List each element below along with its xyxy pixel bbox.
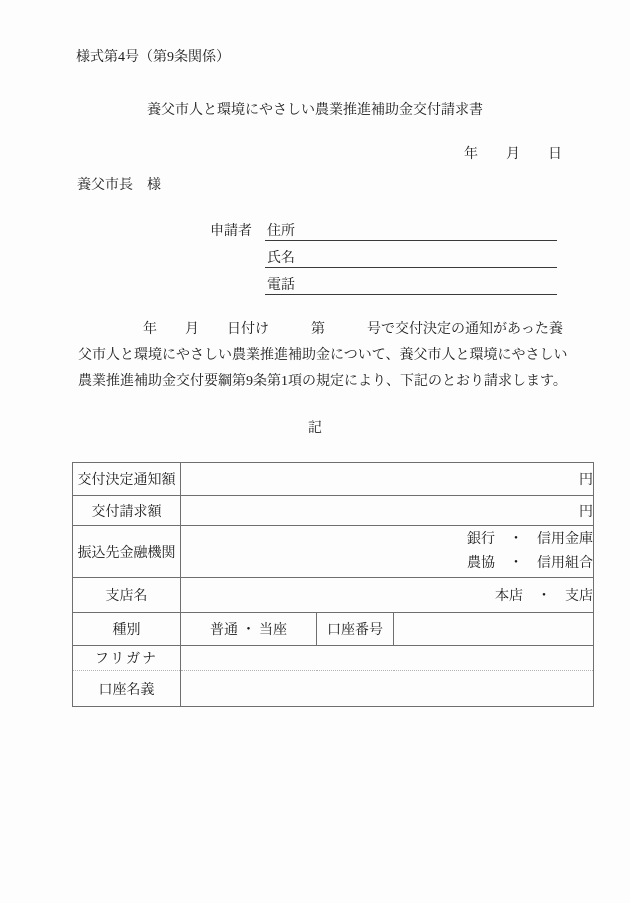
address-blank[interactable]	[295, 223, 557, 240]
notice-amount-unit: 円	[579, 473, 593, 488]
body-line-3: 農業推進補助金交付要綱第9条第1項の規定により、下記のとおり請求します。	[78, 369, 578, 395]
table-row-bank: 振込先金融機関 銀行 ・ 信用金庫 農協 ・ 信用組合	[73, 526, 594, 578]
name-blank[interactable]	[295, 250, 557, 267]
bank-label: 振込先金融機関	[73, 526, 181, 578]
account-type-options[interactable]: 普通 ・ 当座	[181, 613, 317, 646]
name-label: 氏名	[265, 250, 295, 267]
request-amount-unit: 円	[579, 505, 593, 520]
bank-cell[interactable]: 銀行 ・ 信用金庫 農協 ・ 信用組合	[181, 526, 594, 578]
branch-cell[interactable]: 本店 ・ 支店	[181, 578, 594, 613]
notice-amount-cell[interactable]: 円	[181, 463, 594, 496]
phone-blank[interactable]	[295, 277, 557, 294]
bank-options-line2: 農協 ・ 信用組合	[181, 552, 593, 576]
address-field[interactable]: 住所	[265, 223, 557, 241]
notice-amount-label: 交付決定通知額	[73, 463, 181, 496]
holder-label: 口座名義	[73, 671, 181, 707]
applicant-fields: 住所 氏名 電話	[265, 223, 557, 304]
table-row-account-type: 種別 普通 ・ 当座 口座番号	[73, 613, 594, 646]
form-code: 様式第4号（第9条関係）	[76, 46, 230, 66]
bank-options-line1: 銀行 ・ 信用金庫	[181, 528, 593, 552]
phone-field[interactable]: 電話	[265, 277, 557, 295]
table-row-notice-amount: 交付決定通知額 円	[73, 463, 594, 496]
branch-options: 本店 ・ 支店	[495, 589, 593, 604]
request-table: 交付決定通知額 円 交付請求額 円 振込先金融機関 銀行 ・ 信用金庫 農協 ・…	[72, 462, 594, 707]
branch-label: 支店名	[73, 578, 181, 613]
account-no-label: 口座番号	[317, 613, 394, 646]
account-no-blank[interactable]	[394, 613, 594, 646]
date-line: 年 月 日	[464, 143, 562, 163]
holder-blank[interactable]	[181, 671, 594, 707]
section-marker: 記	[0, 417, 630, 437]
furigana-label: フリガナ	[73, 646, 181, 671]
request-amount-label: 交付請求額	[73, 496, 181, 526]
name-field[interactable]: 氏名	[265, 250, 557, 268]
body-line-2: 父市人と環境にやさしい農業推進補助金について、養父市人と環境にやさしい	[78, 343, 578, 369]
account-type-label: 種別	[73, 613, 181, 646]
document-page: 様式第4号（第9条関係） 養父市人と環境にやさしい農業推進補助金交付請求書 年 …	[0, 0, 630, 903]
body-line-1: 年 月 日付け 第 号で交付決定の通知があった養	[78, 317, 578, 343]
document-title: 養父市人と環境にやさしい農業推進補助金交付請求書	[0, 99, 630, 119]
table-row-request-amount: 交付請求額 円	[73, 496, 594, 526]
body-paragraph: 年 月 日付け 第 号で交付決定の通知があった養 父市人と環境にやさしい農業推進…	[78, 317, 578, 395]
phone-label: 電話	[265, 277, 295, 294]
applicant-label: 申請者	[210, 223, 252, 304]
applicant-block: 申請者 住所 氏名 電話	[210, 223, 557, 304]
table-row-branch: 支店名 本店 ・ 支店	[73, 578, 594, 613]
table-row-holder: 口座名義	[73, 671, 594, 707]
request-amount-cell[interactable]: 円	[181, 496, 594, 526]
table-row-furigana: フリガナ	[73, 646, 594, 671]
address-label: 住所	[265, 223, 295, 240]
furigana-blank[interactable]	[181, 646, 594, 671]
addressee: 養父市長 様	[77, 174, 161, 194]
